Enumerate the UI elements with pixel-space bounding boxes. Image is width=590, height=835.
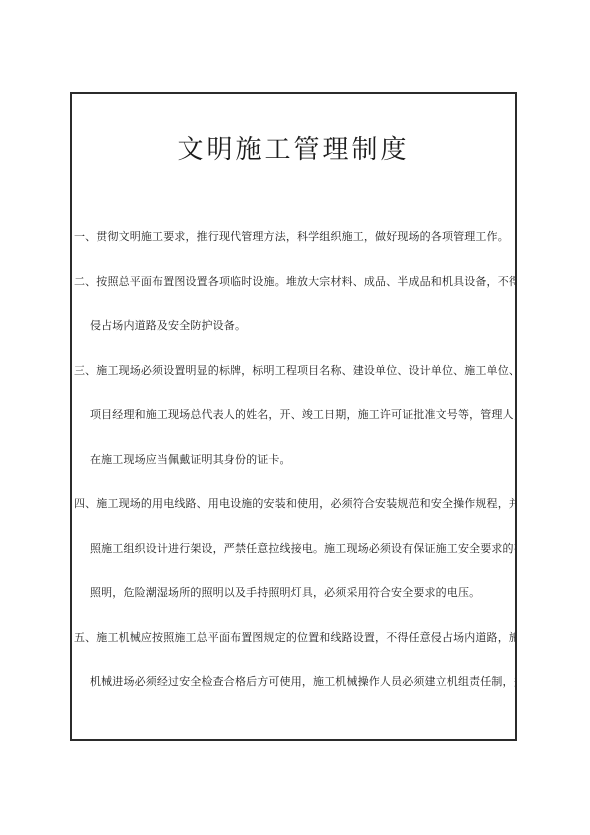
numbered-item-2: 二、按照总平面布置图设置各项临时设施。堆放大宗材料、成品、半成品和机具设备，不得… [72,260,515,349]
document-sheet-border: 文明施工管理制度 一、贯彻文明施工要求，推行现代管理方法，科学组织施工，做好现场… [70,92,517,741]
item-5-line-2: 机械进场必须经过安全检查合格后方可使用，施工机械操作人员必须建立机组责任制，并 [72,660,515,705]
item-2-line-2: 侵占场内道路及安全防护设备。 [72,304,515,349]
item-2-line-1: 二、按照总平面布置图设置各项临时设施。堆放大宗材料、成品、半成品和机具设备，不得 [72,260,515,305]
item-3-line-2: 项目经理和施工现场总代表人的姓名，开、竣工日期，施工许可证批准文号等，管理人员 [72,393,515,438]
item-5-line-1: 五、施工机械应按照施工总平面布置图规定的位置和线路设置，不得任意侵占场内道路，施… [72,616,515,661]
numbered-item-3: 三、施工现场必须设置明显的标牌，标明工程项目名称、建设单位、设计单位、施工单位、… [72,349,515,483]
item-3-line-1: 三、施工现场必须设置明显的标牌，标明工程项目名称、建设单位、设计单位、施工单位、 [72,349,515,394]
numbered-item-1: 一、贯彻文明施工要求，推行现代管理方法，科学组织施工，做好现场的各项管理工作。 [72,215,515,260]
document-title: 文明施工管理制度 [72,133,515,167]
numbered-item-5: 五、施工机械应按照施工总平面布置图规定的位置和线路设置，不得任意侵占场内道路，施… [72,616,515,705]
item-4-line-1: 四、施工现场的用电线路、用电设施的安装和使用，必须符合安装规范和安全操作规程，并… [72,482,515,527]
item-1-line-1: 一、贯彻文明施工要求，推行现代管理方法，科学组织施工，做好现场的各项管理工作。 [72,215,515,260]
item-3-line-3: 在施工现场应当佩戴证明其身份的证卡。 [72,438,515,483]
document-body: 一、贯彻文明施工要求，推行现代管理方法，科学组织施工，做好现场的各项管理工作。 … [72,215,515,705]
item-4-line-3: 照明，危险潮湿场所的照明以及手持照明灯具，必须采用符合安全要求的电压。 [72,571,515,616]
item-4-line-2: 照施工组织设计进行架设，严禁任意拉线接电。施工现场必须设有保证施工安全要求的夜间 [72,527,515,572]
document-page: 文明施工管理制度 一、贯彻文明施工要求，推行现代管理方法，科学组织施工，做好现场… [0,0,590,835]
numbered-item-4: 四、施工现场的用电线路、用电设施的安装和使用，必须符合安装规范和安全操作规程，并… [72,482,515,616]
